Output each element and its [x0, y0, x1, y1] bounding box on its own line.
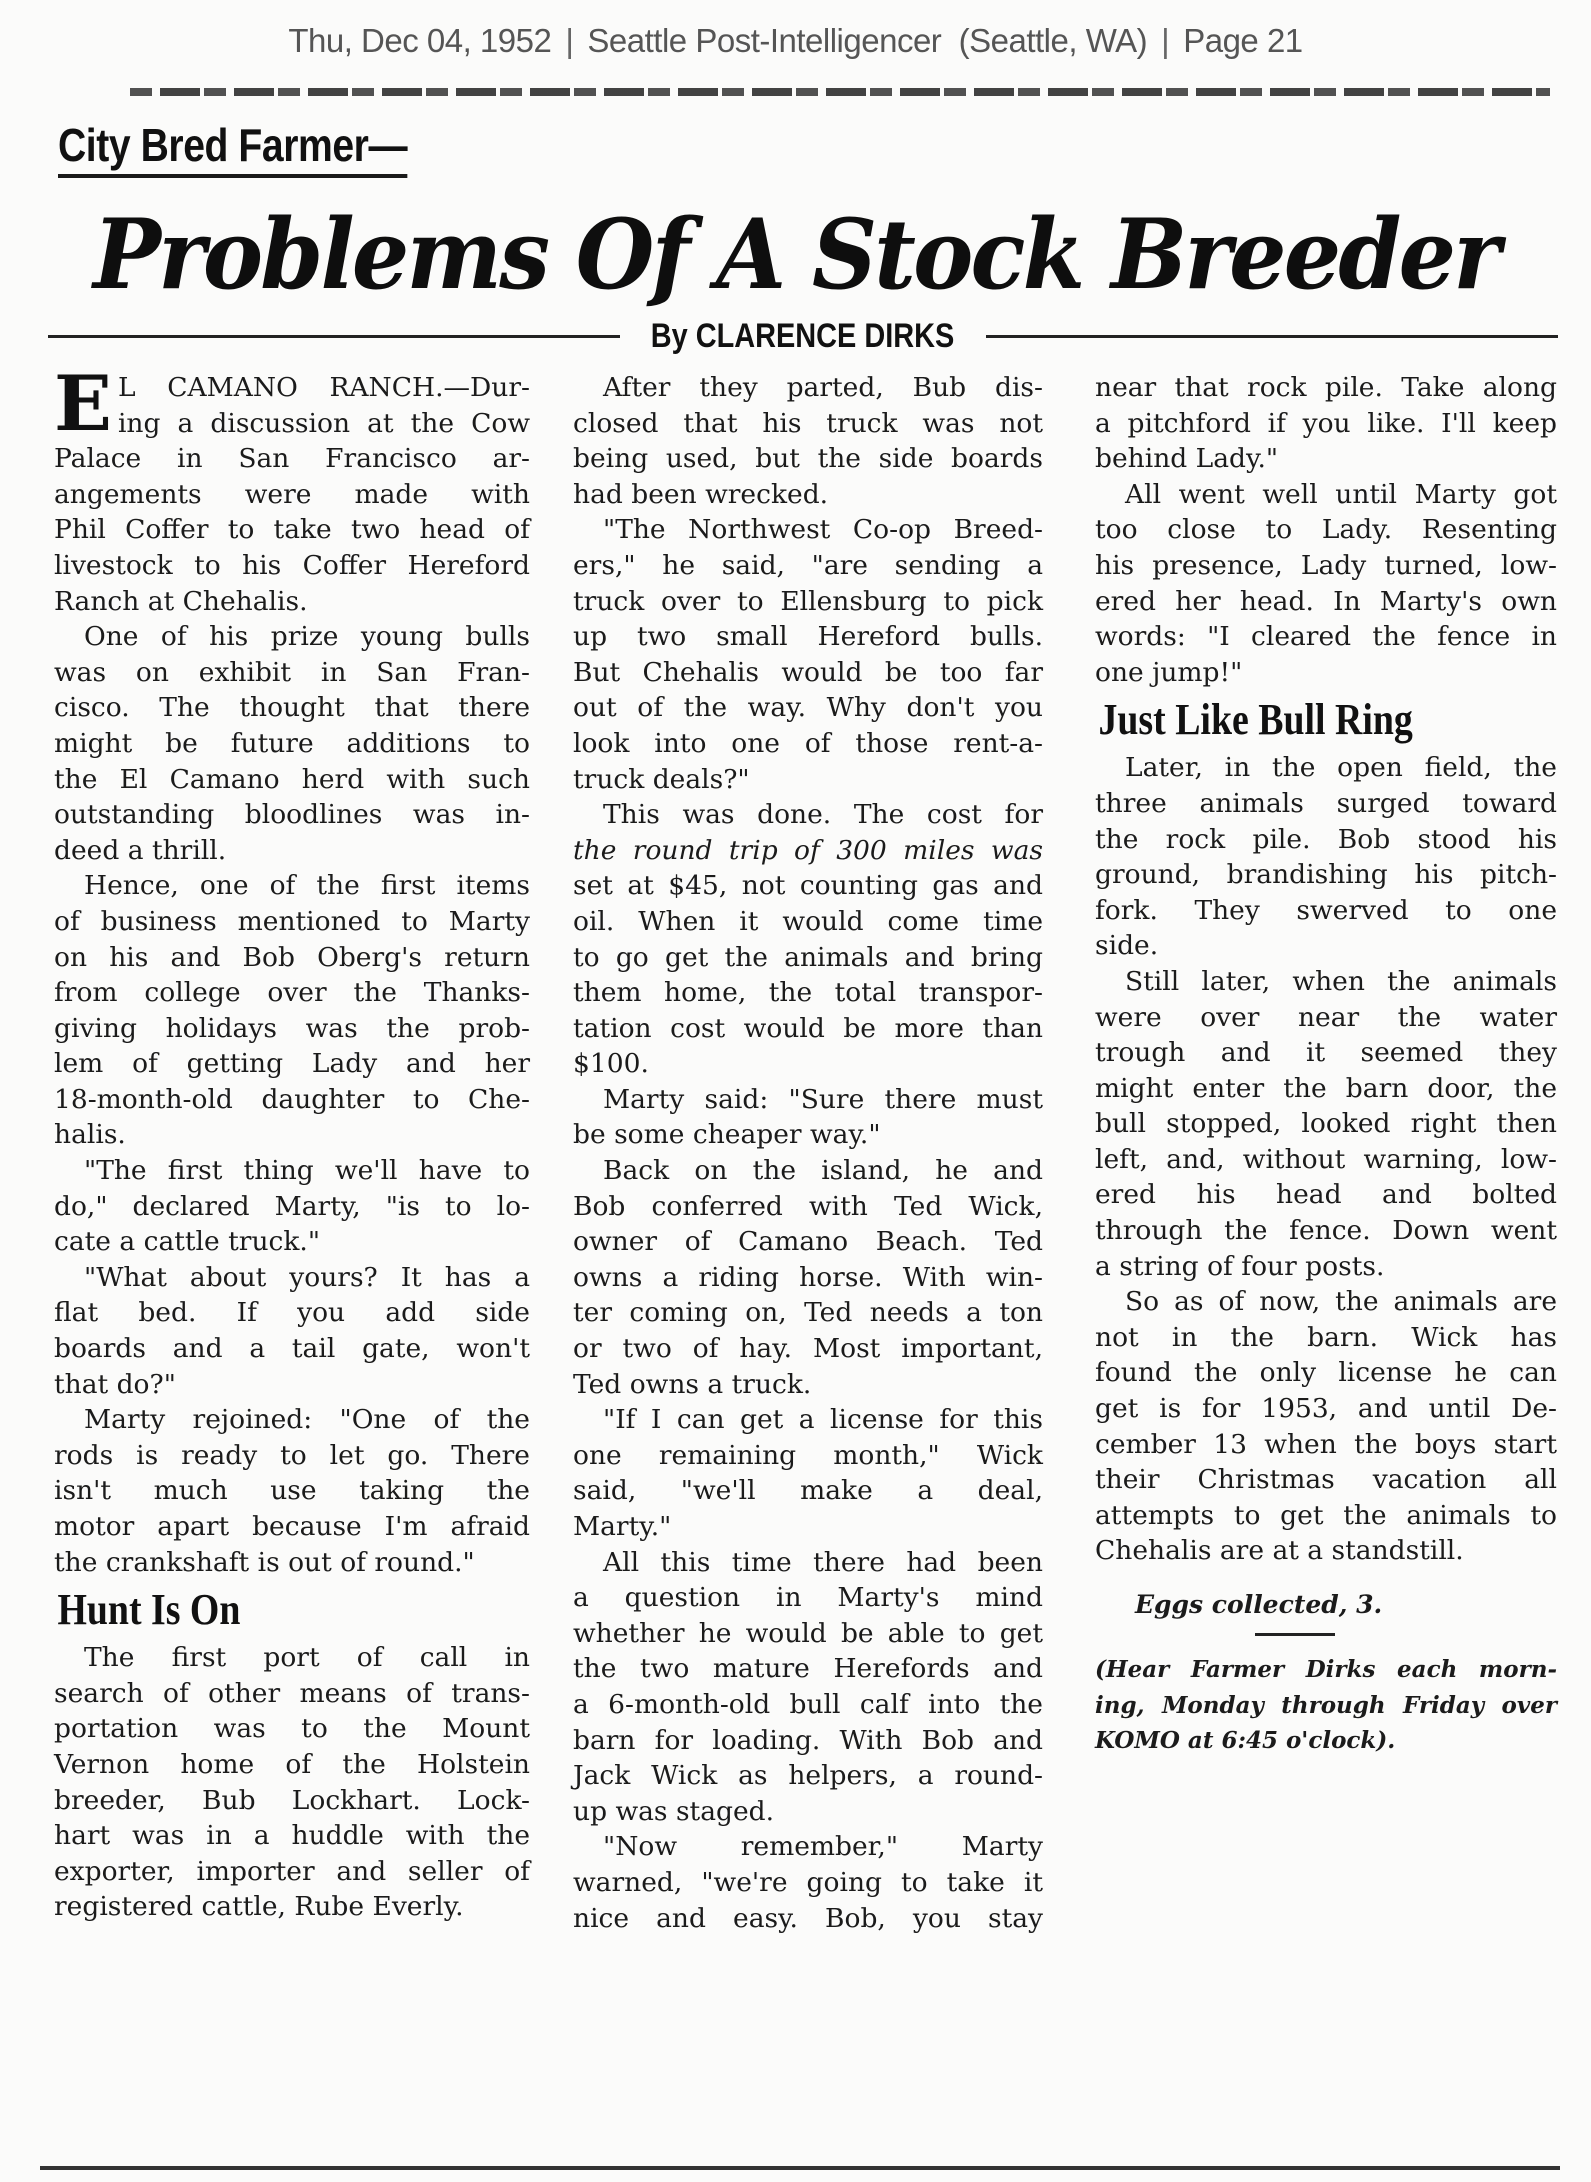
article-text-line: motor apart because I'm afraid	[54, 1509, 530, 1545]
article-text-line: search of other means of trans-	[54, 1676, 530, 1712]
radio-schedule-note: KOMO at 6:45 o'clock).	[1095, 1725, 1557, 1761]
radio-schedule-note: ing, Monday through Friday over	[1095, 1690, 1557, 1726]
article-text-line: "What about yours? It has a	[54, 1260, 530, 1296]
article-text-line: rods is ready to let go. There	[54, 1438, 530, 1474]
line-text: to go get the animals and bring	[573, 942, 1043, 973]
article-text-line: isn't much use taking the	[54, 1473, 530, 1509]
line-text: attempts to get the animals to	[1095, 1500, 1557, 1531]
line-text: deed a thrill.	[54, 835, 226, 866]
line-text: look into one of those rent-a-	[573, 728, 1043, 759]
article-text-line: $100.	[573, 1046, 1043, 1082]
separator: |	[1161, 22, 1169, 59]
line-text: "What about yours? It has a	[84, 1262, 530, 1293]
article-text-line: Marty rejoined: "One of the	[54, 1402, 530, 1438]
line-text: were over near the water	[1095, 1002, 1557, 1033]
article-text-line: attempts to get the animals to	[1095, 1498, 1557, 1534]
line-text: rods is ready to let go. There	[54, 1440, 530, 1471]
line-text: "The first thing we'll have to	[84, 1155, 530, 1186]
radio-schedule-note: (Hear Farmer Dirks each morn-	[1095, 1654, 1557, 1690]
line-text: Phil Coffer to take two head of	[54, 514, 530, 545]
line-text: a pitchford if you like. I'll keep	[1095, 408, 1557, 439]
article-text-line: livestock to his Coffer Hereford	[54, 548, 530, 584]
article-text-line: to go get the animals and bring	[573, 940, 1043, 976]
article-text-line: one jump!"	[1095, 655, 1557, 691]
article-text-line: up was staged.	[573, 1794, 1043, 1830]
article-text-line: a 6-month-old bull calf into the	[573, 1687, 1043, 1723]
publication-location: (Seattle, WA)	[959, 22, 1148, 59]
line-text: three animals surged toward	[1095, 788, 1557, 819]
line-text: $100.	[573, 1048, 649, 1079]
article-text-line: being used, but the side boards	[573, 441, 1043, 477]
article-text-line: were over near the water	[1095, 1000, 1557, 1036]
article-text-line: up two small Hereford bulls.	[573, 619, 1043, 655]
line-text: his presence, Lady turned, low-	[1095, 550, 1557, 581]
article-text-line: warned, "we're going to take it	[573, 1865, 1043, 1901]
article-text-line: deed a thrill.	[54, 833, 530, 869]
line-text: exporter, importer and seller of	[54, 1856, 530, 1887]
line-text: Still later, when the animals	[1125, 966, 1557, 997]
line-text: All went well until Marty got	[1125, 479, 1557, 510]
line-text: the El Camano herd with such	[54, 764, 530, 795]
article-text-line: ered her head. In Marty's own	[1095, 584, 1557, 620]
article-text-line: through the fence. Down went	[1095, 1213, 1557, 1249]
line-text: too close to Lady. Resenting	[1095, 514, 1557, 545]
article-text-line: "The first thing we'll have to	[54, 1153, 530, 1189]
article-text-line: a question in Marty's mind	[573, 1580, 1043, 1616]
line-text: ered his head and bolted	[1095, 1179, 1557, 1210]
line-text: that do?"	[54, 1369, 176, 1400]
article-text-line: hart was in a huddle with the	[54, 1818, 530, 1854]
line-text: So as of now, the animals are	[1125, 1286, 1557, 1317]
article-text-line: ter coming on, Ted needs a ton	[573, 1295, 1043, 1331]
article-text-line: Bob conferred with Ted Wick,	[573, 1189, 1043, 1225]
line-text: one remaining month," Wick	[573, 1440, 1043, 1471]
article-text-line: Hence, one of the first items	[54, 868, 530, 904]
line-text: After they parted, Bub dis-	[603, 372, 1043, 403]
line-text: the crankshaft is out of round."	[54, 1547, 475, 1578]
line-text: outstanding bloodlines was in-	[54, 799, 530, 830]
article-text-line: ered his head and bolted	[1095, 1177, 1557, 1213]
article-text-line: One of his prize young bulls	[54, 619, 530, 655]
line-text: be some cheaper way."	[573, 1119, 881, 1150]
line-text: nice and easy. Bob, you stay	[573, 1903, 1043, 1934]
line-text: whether he would be able to get	[573, 1618, 1043, 1649]
line-text: the two mature Herefords and	[573, 1653, 1043, 1684]
line-text: bull stopped, looked right then	[1095, 1108, 1557, 1139]
article-text-line: be some cheaper way."	[573, 1117, 1043, 1153]
line-text: ers," he said, "are sending a	[573, 550, 1043, 581]
article-text-line: "Now remember," Marty	[573, 1829, 1043, 1865]
line-text: near that rock pile. Take along	[1095, 372, 1557, 403]
article-text-line: get is for 1953, and until De-	[1095, 1391, 1557, 1427]
line-text: oil. When it would come time	[573, 906, 1043, 937]
line-text: left, and, without warning, low-	[1095, 1144, 1557, 1175]
article-text-line: the El Camano herd with such	[54, 762, 530, 798]
line-text: might enter the barn door, the	[1095, 1073, 1557, 1104]
line-text: registered cattle, Rube Everly.	[54, 1891, 464, 1922]
line-text: from college over the Thanks-	[54, 977, 530, 1008]
line-text: trough and it seemed they	[1095, 1037, 1557, 1068]
article-text-line: ing a discussion at the Cow	[54, 406, 530, 442]
line-text: 18-month-old daughter to Che-	[54, 1084, 530, 1115]
article-text-line: owns a riding horse. With win-	[573, 1260, 1043, 1296]
article-text-line: tation cost would be more than	[573, 1011, 1043, 1047]
line-text: the round trip of 300 miles was	[573, 835, 1043, 866]
article-text-line: behind Lady."	[1095, 441, 1557, 477]
article-text-line: portation was to the Mount	[54, 1711, 530, 1747]
line-text: Marty said: "Sure there must	[603, 1084, 1043, 1115]
bottom-rule	[40, 2166, 1560, 2170]
article-text-line: This was done. The cost for	[573, 797, 1043, 833]
line-text: fork. They swerved to one	[1095, 895, 1557, 926]
article-text-line: whether he would be able to get	[573, 1616, 1043, 1652]
line-text: isn't much use taking the	[54, 1475, 530, 1506]
article-text-line: too close to Lady. Resenting	[1095, 512, 1557, 548]
article-text-line: one remaining month," Wick	[573, 1438, 1043, 1474]
article-text-line: the rock pile. Bob stood his	[1095, 822, 1557, 858]
line-text: owner of Camano Beach. Ted	[573, 1226, 1043, 1257]
article-text-line: Jack Wick as helpers, a round-	[573, 1758, 1043, 1794]
article-text-line: Ted owns a truck.	[573, 1367, 1043, 1403]
article-text-line: cate a cattle truck."	[54, 1224, 530, 1260]
top-rule	[130, 88, 1550, 96]
line-text: Vernon home of the Holstein	[54, 1749, 530, 1780]
article-column-3: near that rock pile. Take alonga pitchfo…	[1095, 370, 1557, 1761]
line-text: ground, brandishing his pitch-	[1095, 859, 1557, 890]
line-text: angements were made with	[54, 479, 530, 510]
article-text-line: nice and easy. Bob, you stay	[573, 1901, 1043, 1937]
line-text: Hence, one of the first items	[84, 870, 530, 901]
article-text-line: said, "we'll make a deal,	[573, 1473, 1043, 1509]
article-text-line: Marty."	[573, 1509, 1043, 1545]
line-text: behind Lady."	[1095, 443, 1278, 474]
article-text-line: them home, the total transpor-	[573, 975, 1043, 1011]
line-text: ered her head. In Marty's own	[1095, 586, 1557, 617]
line-text: ter coming on, Ted needs a ton	[573, 1297, 1043, 1328]
article-text-line: the two mature Herefords and	[573, 1651, 1043, 1687]
article-text-line: a string of four posts.	[1095, 1249, 1557, 1285]
article-text-line: from college over the Thanks-	[54, 975, 530, 1011]
column-kicker: City Bred Farmer—	[58, 118, 407, 178]
article-text-line: his presence, Lady turned, low-	[1095, 548, 1557, 584]
line-text: cate a cattle truck."	[54, 1226, 320, 1257]
line-text: closed that his truck was not	[573, 408, 1043, 439]
article-text-line: But Chehalis would be too far	[573, 655, 1043, 691]
line-text: tation cost would be more than	[573, 1013, 1043, 1044]
eggs-collected-note: Eggs collected, 3.	[1095, 1587, 1557, 1629]
line-text: was on exhibit in San Fran-	[54, 657, 530, 688]
article-text-line: had been wrecked.	[573, 477, 1043, 513]
article-text-line: boards and a tail gate, won't	[54, 1331, 530, 1367]
article-text-line: the crankshaft is out of round."	[54, 1545, 530, 1581]
line-text: owns a riding horse. With win-	[573, 1262, 1043, 1293]
article-text-line: cisco. The thought that there	[54, 690, 530, 726]
article-text-line: L CAMANO RANCH.—Dur-	[54, 370, 530, 406]
byline: By CLARENCE DIRKS	[648, 317, 958, 356]
line-text: But Chehalis would be too far	[573, 657, 1043, 688]
article-column-2: After they parted, Bub dis-closed that h…	[573, 370, 1043, 1936]
line-text: had been wrecked.	[573, 479, 828, 510]
article-text-line: Back on the island, he and	[573, 1153, 1043, 1189]
article-text-line: side.	[1095, 928, 1557, 964]
page-number: Page 21	[1183, 22, 1302, 59]
article-text-line: exporter, importer and seller of	[54, 1854, 530, 1890]
article-text-line: Later, in the open field, the	[1095, 750, 1557, 786]
line-text: portation was to the Mount	[54, 1713, 530, 1744]
article-text-line: ground, brandishing his pitch-	[1095, 857, 1557, 893]
article-text-line: that do?"	[54, 1367, 530, 1403]
line-text: This was done. The cost for	[603, 799, 1043, 830]
article-text-line: trough and it seemed they	[1095, 1035, 1557, 1071]
line-text: set at $45, not counting gas and	[573, 870, 1043, 901]
line-text: the rock pile. Bob stood his	[1095, 824, 1557, 855]
line-text: cisco. The thought that there	[54, 692, 530, 723]
article-text-line: halis.	[54, 1117, 530, 1153]
article-text-line: angements were made with	[54, 477, 530, 513]
article-text-line: registered cattle, Rube Everly.	[54, 1889, 530, 1925]
line-text: motor apart because I'm afraid	[54, 1511, 530, 1542]
line-text: of business mentioned to Marty	[54, 906, 530, 937]
line-text: one jump!"	[1095, 657, 1242, 688]
article-text-line: might enter the barn door, the	[1095, 1071, 1557, 1107]
line-text: hart was in a huddle with the	[54, 1820, 530, 1851]
article-text-line: 18-month-old daughter to Che-	[54, 1082, 530, 1118]
article-text-line: found the only license he can	[1095, 1355, 1557, 1391]
line-text: side.	[1095, 930, 1158, 961]
article-text-line: breeder, Bub Lockhart. Lock-	[54, 1783, 530, 1819]
line-text: livestock to his Coffer Hereford	[54, 550, 530, 581]
line-text: their Christmas vacation all	[1095, 1464, 1557, 1495]
line-text: Bob conferred with Ted Wick,	[573, 1191, 1043, 1222]
line-text: words: "I cleared the fence in	[1095, 621, 1557, 652]
article-text-line: truck over to Ellensburg to pick	[573, 584, 1043, 620]
line-text: halis.	[54, 1119, 126, 1150]
article-text-line: "The Northwest Co-op Breed-	[573, 512, 1043, 548]
line-text: through the fence. Down went	[1095, 1215, 1557, 1246]
article-text-line: out of the way. Why don't you	[573, 690, 1043, 726]
line-text: Palace in San Francisco ar-	[54, 443, 530, 474]
line-text: "Now remember," Marty	[603, 1831, 1043, 1862]
line-text: "If I can get a license for this	[603, 1404, 1043, 1435]
line-text: truck over to Ellensburg to pick	[573, 586, 1043, 617]
article-text-line: or two of hay. Most important,	[573, 1331, 1043, 1367]
article-text-line: fork. They swerved to one	[1095, 893, 1557, 929]
separator: |	[565, 22, 573, 59]
article-text-line: Vernon home of the Holstein	[54, 1747, 530, 1783]
article-text-line: barn for loading. With Bob and	[573, 1723, 1043, 1759]
publication-name: Seattle Post-Intelligencer	[587, 22, 941, 59]
short-rule	[1255, 1633, 1335, 1636]
line-text: breeder, Bub Lockhart. Lock-	[54, 1785, 530, 1816]
line-text: cember 13 when the boys start	[1095, 1429, 1557, 1460]
byline-row: By CLARENCE DIRKS	[48, 316, 1558, 356]
article-text-line: owner of Camano Beach. Ted	[573, 1224, 1043, 1260]
article-text-line: All went well until Marty got	[1095, 477, 1557, 513]
line-text: Later, in the open field, the	[1125, 752, 1557, 783]
line-text: All this time there had been	[603, 1547, 1043, 1578]
article-text-line: Ranch at Chehalis.	[54, 584, 530, 620]
byline-rule-left	[48, 335, 620, 338]
drop-cap: E	[54, 372, 112, 436]
article-text-line: outstanding bloodlines was in-	[54, 797, 530, 833]
article-headline: Problems Of A Stock Breeder	[48, 198, 1544, 311]
line-text: truck deals?"	[573, 764, 750, 795]
byline-rule-right	[986, 335, 1558, 338]
article-text-line: words: "I cleared the fence in	[1095, 619, 1557, 655]
article-text-line: flat bed. If you add side	[54, 1295, 530, 1331]
section-subhead: Just Like Bull Ring	[1095, 690, 1492, 750]
article-text-line: three animals surged toward	[1095, 786, 1557, 822]
article-text-line: ers," he said, "are sending a	[573, 548, 1043, 584]
line-text: get is for 1953, and until De-	[1095, 1393, 1557, 1424]
line-text: or two of hay. Most important,	[573, 1333, 1043, 1364]
article-text-line: near that rock pile. Take along	[1095, 370, 1557, 406]
article-text-line: lem of getting Lady and her	[54, 1046, 530, 1082]
line-text: out of the way. Why don't you	[573, 692, 1043, 723]
line-text: on his and Bob Oberg's return	[54, 942, 530, 973]
line-text: a string of four posts.	[1095, 1251, 1384, 1282]
line-text: said, "we'll make a deal,	[573, 1475, 1043, 1506]
line-text: a 6-month-old bull calf into the	[573, 1689, 1043, 1720]
article-text-line: bull stopped, looked right then	[1095, 1106, 1557, 1142]
line-text: might be future additions to	[54, 728, 530, 759]
line-text: Marty rejoined: "One of the	[84, 1404, 530, 1435]
line-text: L CAMANO RANCH.—Dur-	[118, 372, 530, 403]
line-text: The first port of call in	[84, 1642, 530, 1673]
article-text-line: the round trip of 300 miles was	[573, 833, 1043, 869]
line-text: flat bed. If you add side	[54, 1297, 530, 1328]
line-text: One of his prize young bulls	[84, 621, 530, 652]
section-subhead: Hunt Is On	[54, 1580, 463, 1640]
article-text-line: was on exhibit in San Fran-	[54, 655, 530, 691]
article-column-1: EL CAMANO RANCH.—Dur-ing a discussion at…	[54, 370, 530, 1925]
article-text-line: "If I can get a license for this	[573, 1402, 1043, 1438]
article-text-line: oil. When it would come time	[573, 904, 1043, 940]
article-text-line: of business mentioned to Marty	[54, 904, 530, 940]
line-text: a question in Marty's mind	[573, 1582, 1043, 1613]
article-text-line: So as of now, the animals are	[1095, 1284, 1557, 1320]
issue-date: Thu, Dec 04, 1952	[288, 22, 551, 59]
article-text-line: Palace in San Francisco ar-	[54, 441, 530, 477]
article-text-line: a pitchford if you like. I'll keep	[1095, 406, 1557, 442]
article-text-line: Phil Coffer to take two head of	[54, 512, 530, 548]
article-text-line: their Christmas vacation all	[1095, 1462, 1557, 1498]
article-text-line: All this time there had been	[573, 1545, 1043, 1581]
line-text: "The Northwest Co-op Breed-	[603, 514, 1043, 545]
line-text: Chehalis are at a standstill.	[1095, 1535, 1464, 1566]
archive-header: Thu, Dec 04, 1952|Seattle Post-Intellige…	[0, 22, 1591, 60]
article-text-line: might be future additions to	[54, 726, 530, 762]
line-text: Back on the island, he and	[603, 1155, 1043, 1186]
line-text: giving holidays was the prob-	[54, 1013, 530, 1044]
article-text-line: Marty said: "Sure there must	[573, 1082, 1043, 1118]
line-text: being used, but the side boards	[573, 443, 1043, 474]
article-text-line: cember 13 when the boys start	[1095, 1427, 1557, 1463]
line-text: not in the barn. Wick has	[1095, 1322, 1557, 1353]
line-text: Ranch at Chehalis.	[54, 586, 308, 617]
article-text-line: Chehalis are at a standstill.	[1095, 1533, 1557, 1569]
line-text: boards and a tail gate, won't	[54, 1333, 530, 1364]
article-text-line: do," declared Marty, "is to lo-	[54, 1189, 530, 1225]
line-text: found the only license he can	[1095, 1357, 1557, 1388]
line-text: up two small Hereford bulls.	[573, 621, 1043, 652]
line-text: Ted owns a truck.	[573, 1369, 811, 1400]
line-text: search of other means of trans-	[54, 1678, 530, 1709]
article-text-line: Still later, when the animals	[1095, 964, 1557, 1000]
article-text-line: The first port of call in	[54, 1640, 530, 1676]
article-text-line: look into one of those rent-a-	[573, 726, 1043, 762]
line-text: warned, "we're going to take it	[573, 1867, 1043, 1898]
article-text-line: closed that his truck was not	[573, 406, 1043, 442]
article-text-line: left, and, without warning, low-	[1095, 1142, 1557, 1178]
line-text: lem of getting Lady and her	[54, 1048, 530, 1079]
line-text: ing a discussion at the Cow	[118, 408, 530, 439]
line-text: up was staged.	[573, 1796, 774, 1827]
article-text-line: After they parted, Bub dis-	[573, 370, 1043, 406]
article-text-line: truck deals?"	[573, 762, 1043, 798]
line-text: Marty."	[573, 1511, 671, 1542]
line-text: them home, the total transpor-	[573, 977, 1043, 1008]
article-text-line: on his and Bob Oberg's return	[54, 940, 530, 976]
line-text: barn for loading. With Bob and	[573, 1725, 1043, 1756]
article-text-line: not in the barn. Wick has	[1095, 1320, 1557, 1356]
article-text-line: set at $45, not counting gas and	[573, 868, 1043, 904]
line-text: Jack Wick as helpers, a round-	[573, 1760, 1043, 1791]
line-text: do," declared Marty, "is to lo-	[54, 1191, 530, 1222]
article-text-line: giving holidays was the prob-	[54, 1011, 530, 1047]
